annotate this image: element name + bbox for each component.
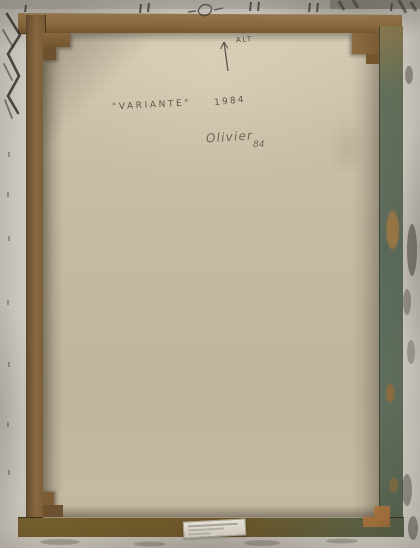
inner-shadow-top bbox=[43, 33, 379, 42]
inner-shadow-bottom bbox=[43, 505, 379, 517]
label-text-line bbox=[188, 528, 224, 532]
corner-key-bottom-left bbox=[43, 505, 63, 517]
top-fold-shade bbox=[0, 0, 420, 9]
right-edge-splotches bbox=[402, 66, 418, 540]
label-text-line bbox=[188, 532, 210, 535]
painting-back-photo: ALT "VARIANTE" 1984 Olivier 84 bbox=[0, 0, 420, 548]
top-right-smudge bbox=[330, 0, 420, 9]
corner-key-top-right bbox=[366, 54, 379, 64]
corner-block-top-left bbox=[43, 33, 70, 47]
corner-shadow bbox=[43, 33, 153, 143]
canvas-back bbox=[43, 33, 379, 518]
corner-key-top-left bbox=[43, 47, 56, 60]
left-edge-tacks bbox=[7, 152, 10, 475]
label-text-line bbox=[188, 523, 238, 528]
bottom-edge-smudges bbox=[40, 539, 358, 547]
inventory-label bbox=[183, 518, 247, 538]
canvas-stain bbox=[313, 103, 383, 193]
corner-block-top-right bbox=[352, 33, 379, 54]
inner-shadow-left bbox=[43, 33, 63, 517]
staple-marks-top bbox=[25, 2, 392, 13]
top-right-marks bbox=[339, 0, 416, 13]
